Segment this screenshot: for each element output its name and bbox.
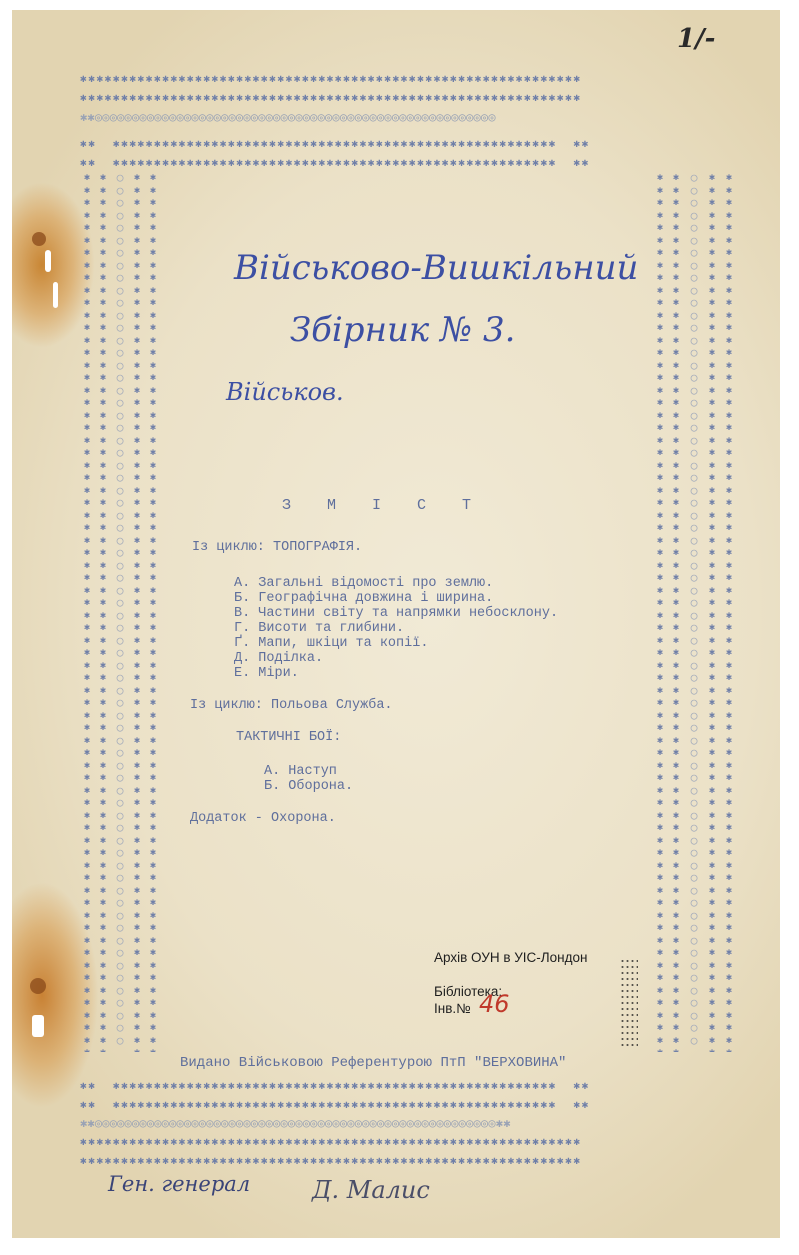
section-topography-label: Із циклю: ТОПОГРАФІЯ. [192,540,362,555]
burn-mark-lower [30,978,46,994]
tactical-battles-subheading: ТАКТИЧНІ БОЇ: [236,730,341,745]
border-left-col-5: ✱✱✱✱✱✱✱✱✱✱✱✱✱✱✱✱✱✱✱✱✱✱✱✱✱✱✱✱✱✱✱✱✱✱✱✱✱✱✱✱… [148,172,158,1052]
burn-hole-upper [45,250,51,272]
topography-item: Г. Висоти та глибини. [234,621,404,636]
border-top-row-5: ✱✱ ✱✱✱✱✱✱✱✱✱✱✱✱✱✱✱✱✱✱✱✱✱✱✱✱✱✱✱✱✱✱✱✱✱✱✱✱✱… [80,157,735,169]
handwritten-title-line-2: Збірник № 3. [290,310,515,350]
topography-item: Ґ. Мапи, шкіци та копії. [234,636,428,651]
document-page: 1/- ✱✱✱✱✱✱✱✱✱✱✱✱✱✱✱✱✱✱✱✱✱✱✱✱✱✱✱✱✱✱✱✱✱✱✱✱… [12,10,780,1238]
border-bottom-row-2: ✱✱ ✱✱✱✱✱✱✱✱✱✱✱✱✱✱✱✱✱✱✱✱✱✱✱✱✱✱✱✱✱✱✱✱✱✱✱✱✱… [80,1099,735,1111]
handwritten-title-line-1: Військово-Вишкільний [234,248,638,288]
border-left-col-1: ✱✱✱✱✱✱✱✱✱✱✱✱✱✱✱✱✱✱✱✱✱✱✱✱✱✱✱✱✱✱✱✱✱✱✱✱✱✱✱✱… [82,172,92,1052]
border-top-row-2: ✱✱✱✱✱✱✱✱✱✱✱✱✱✱✱✱✱✱✱✱✱✱✱✱✱✱✱✱✱✱✱✱✱✱✱✱✱✱✱✱… [80,92,735,104]
footer-handwriting-right: Д. Малис [312,1176,430,1204]
border-bottom-row-5: ✱✱✱✱✱✱✱✱✱✱✱✱✱✱✱✱✱✱✱✱✱✱✱✱✱✱✱✱✱✱✱✱✱✱✱✱✱✱✱✱… [80,1155,735,1167]
topography-item: Д. Поділка. [234,651,323,666]
page-number-mark: 1/- [677,24,715,54]
border-right-col-4: ✱✱✱✱✱✱✱✱✱✱✱✱✱✱✱✱✱✱✱✱✱✱✱✱✱✱✱✱✱✱✱✱✱✱✱✱✱✱✱✱… [707,172,717,1052]
border-right-col-5: ✱✱✱✱✱✱✱✱✱✱✱✱✱✱✱✱✱✱✱✱✱✱✱✱✱✱✱✱✱✱✱✱✱✱✱✱✱✱✱✱… [724,172,734,1052]
field-service-item: А. Наступ [264,764,337,779]
appendix-line: Додаток - Охорона. [190,811,336,826]
stamp-speckle [620,958,638,1048]
section-field-service-label: Із циклю: Польова Служба. [190,698,393,713]
border-left-col-circles: ◯◯◯◯◯◯◯◯◯◯◯◯◯◯◯◯◯◯◯◯◯◯◯◯◯◯◯◯◯◯◯◯◯◯◯◯◯◯◯◯… [115,172,125,1052]
border-top-row-1: ✱✱✱✱✱✱✱✱✱✱✱✱✱✱✱✱✱✱✱✱✱✱✱✱✱✱✱✱✱✱✱✱✱✱✱✱✱✱✱✱… [80,73,735,85]
handwritten-note: Військов. [226,378,344,406]
border-bottom-row-1: ✱✱ ✱✱✱✱✱✱✱✱✱✱✱✱✱✱✱✱✱✱✱✱✱✱✱✱✱✱✱✱✱✱✱✱✱✱✱✱✱… [80,1080,735,1092]
border-left-col-2: ✱✱✱✱✱✱✱✱✱✱✱✱✱✱✱✱✱✱✱✱✱✱✱✱✱✱✱✱✱✱✱✱✱✱✱✱✱✱✱✱… [98,172,108,1052]
inventory-number: 46 [479,990,510,1018]
contents-heading: З М І С Т [282,498,477,513]
topography-item: Е. Міри. [234,666,299,681]
border-right-col-1: ✱✱✱✱✱✱✱✱✱✱✱✱✱✱✱✱✱✱✱✱✱✱✱✱✱✱✱✱✱✱✱✱✱✱✱✱✱✱✱✱… [655,172,665,1052]
border-bottom-row-4: ✱✱✱✱✱✱✱✱✱✱✱✱✱✱✱✱✱✱✱✱✱✱✱✱✱✱✱✱✱✱✱✱✱✱✱✱✱✱✱✱… [80,1136,735,1148]
burn-mark-upper [32,232,46,246]
border-top-row-4: ✱✱ ✱✱✱✱✱✱✱✱✱✱✱✱✱✱✱✱✱✱✱✱✱✱✱✱✱✱✱✱✱✱✱✱✱✱✱✱✱… [80,138,735,150]
topography-item: В. Частини світу та напрямки небосклону. [234,606,558,621]
border-left-col-4: ✱✱✱✱✱✱✱✱✱✱✱✱✱✱✱✱✱✱✱✱✱✱✱✱✱✱✱✱✱✱✱✱✱✱✱✱✱✱✱✱… [132,172,142,1052]
archive-stamp-name: Архів ОУН в УІС-Лондон [434,950,587,965]
publisher-line: Видано Військовою Референтурою ПтП "ВЕРХ… [180,1056,566,1071]
inventory-label: Інв.№ [434,1001,471,1016]
border-right-col-2: ✱✱✱✱✱✱✱✱✱✱✱✱✱✱✱✱✱✱✱✱✱✱✱✱✱✱✱✱✱✱✱✱✱✱✱✱✱✱✱✱… [671,172,681,1052]
burn-hole-lower [32,1015,44,1037]
burn-hole-upper-2 [53,282,58,308]
topography-item: Б. Географічна довжина і ширина. [234,591,493,606]
topography-item: А. Загальні відомості про землю. [234,576,493,591]
field-service-item: Б. Оборона. [264,779,353,794]
border-right-col-circles: ◯◯◯◯◯◯◯◯◯◯◯◯◯◯◯◯◯◯◯◯◯◯◯◯◯◯◯◯◯◯◯◯◯◯◯◯◯◯◯◯… [689,172,699,1052]
border-top-row-circles: ✱✱◎◎◎◎◎◎◎◎◎◎◎◎◎◎◎◎◎◎◎◎◎◎◎◎◎◎◎◎◎◎◎◎◎◎◎◎◎◎… [80,111,735,123]
border-bottom-row-circles: ✱✱◎◎◎◎◎◎◎◎◎◎◎◎◎◎◎◎◎◎◎◎◎◎◎◎◎◎◎◎◎◎◎◎◎◎◎◎◎◎… [80,1117,735,1129]
footer-handwriting-left: Ген. генерал [108,1172,250,1196]
